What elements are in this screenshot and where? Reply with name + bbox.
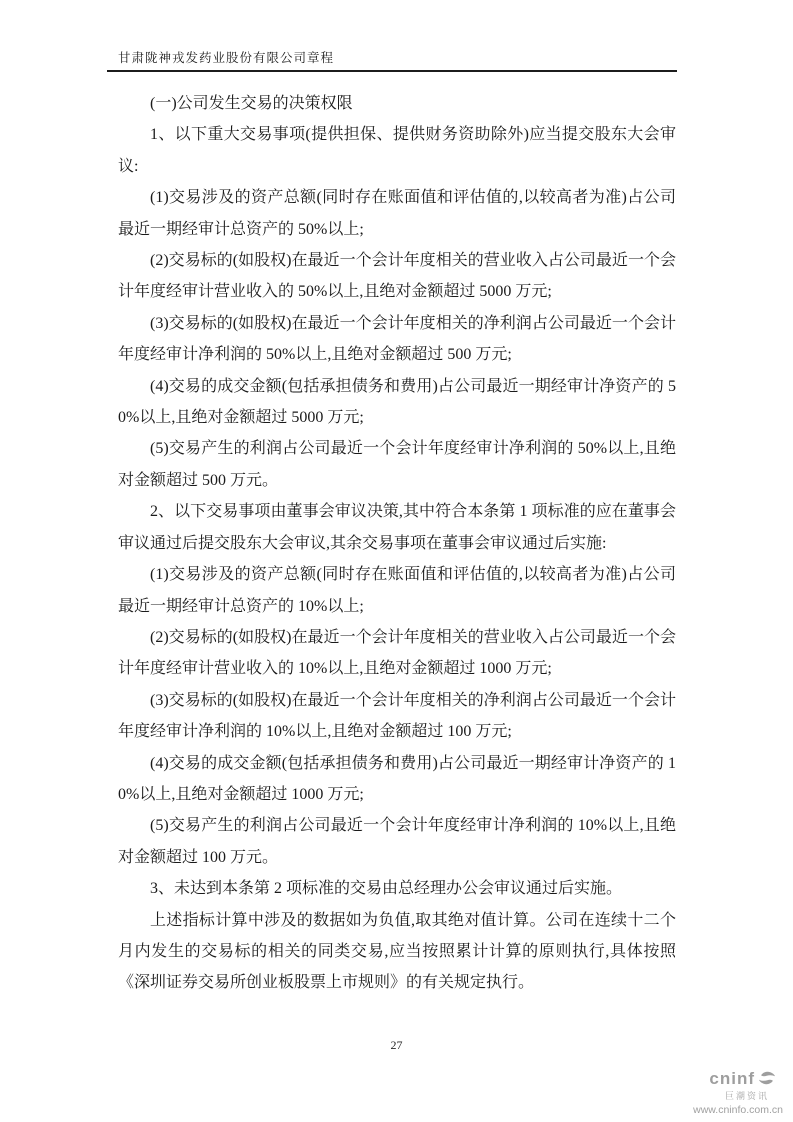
paragraph-item-2-sub-1: (1)交易涉及的资产总额(同时存在账面值和评估值的,以较高者为准)占公司最近一期… (118, 559, 676, 622)
paragraph-item-1-sub-2: (2)交易标的(如股权)在最近一个会计年度相关的营业收入占公司最近一个会计年度经… (118, 245, 676, 308)
page-header: 甘肃陇神戎发药业股份有限公司章程 (107, 48, 677, 72)
cninfo-brand-text: cninf (709, 1070, 755, 1087)
paragraph-item-3: 3、未达到本条第 2 项标准的交易由总经理办公会审议通过后实施。 (118, 873, 676, 904)
cninfo-watermark: cninf 巨潮资讯 www.cninfo.com.cn (693, 1068, 783, 1116)
paragraph-item-2-sub-2: (2)交易标的(如股权)在最近一个会计年度相关的营业收入占公司最近一个会计年度经… (118, 622, 676, 685)
paragraph-item-2: 2、以下交易事项由董事会审议决策,其中符合本条第 1 项标准的应在董事会审议通过… (118, 496, 676, 559)
cninfo-brand-chinese: 巨潮资讯 (725, 1089, 769, 1102)
document-page: 甘肃陇神戎发药业股份有限公司章程 (一)公司发生交易的决策权限 1、以下重大交易… (0, 0, 793, 1122)
paragraph-item-1-sub-1: (1)交易涉及的资产总额(同时存在账面值和评估值的,以较高者为准)占公司最近一期… (118, 182, 676, 245)
paragraph-item-2-sub-4: (4)交易的成交金额(包括承担债务和费用)占公司最近一期经审计净资产的 10%以… (118, 748, 676, 811)
paragraph-item-1-sub-5: (5)交易产生的利润占公司最近一个会计年度经审计净利润的 50%以上,且绝对金额… (118, 433, 676, 496)
document-body: (一)公司发生交易的决策权限 1、以下重大交易事项(提供担保、提供财务资助除外)… (118, 88, 676, 999)
document-title: 甘肃陇神戎发药业股份有限公司章程 (107, 48, 677, 66)
paragraph-item-1-sub-4: (4)交易的成交金额(包括承担债务和费用)占公司最近一期经审计净资产的 50%以… (118, 371, 676, 434)
paragraph-item-2-sub-5: (5)交易产生的利润占公司最近一个会计年度经审计净利润的 10%以上,且绝对金额… (118, 810, 676, 873)
paragraph-item-1-sub-3: (3)交易标的(如股权)在最近一个会计年度相关的净利润占公司最近一个会计年度经审… (118, 308, 676, 371)
paragraph-section-heading: (一)公司发生交易的决策权限 (118, 88, 676, 119)
paragraph-item-1: 1、以下重大交易事项(提供担保、提供财务资助除外)应当提交股东大会审议: (118, 119, 676, 182)
paragraph-closing-note: 上述指标计算中涉及的数据如为负值,取其绝对值计算。公司在连续十二个月内发生的交易… (118, 905, 676, 999)
paragraph-item-2-sub-3: (3)交易标的(如股权)在最近一个会计年度相关的净利润占公司最近一个会计年度经审… (118, 685, 676, 748)
cninfo-site-url: www.cninfo.com.cn (693, 1104, 783, 1116)
cninfo-brand-row: cninf (709, 1068, 777, 1088)
page-number: 27 (0, 1038, 793, 1053)
cninfo-swirl-icon (757, 1068, 777, 1088)
